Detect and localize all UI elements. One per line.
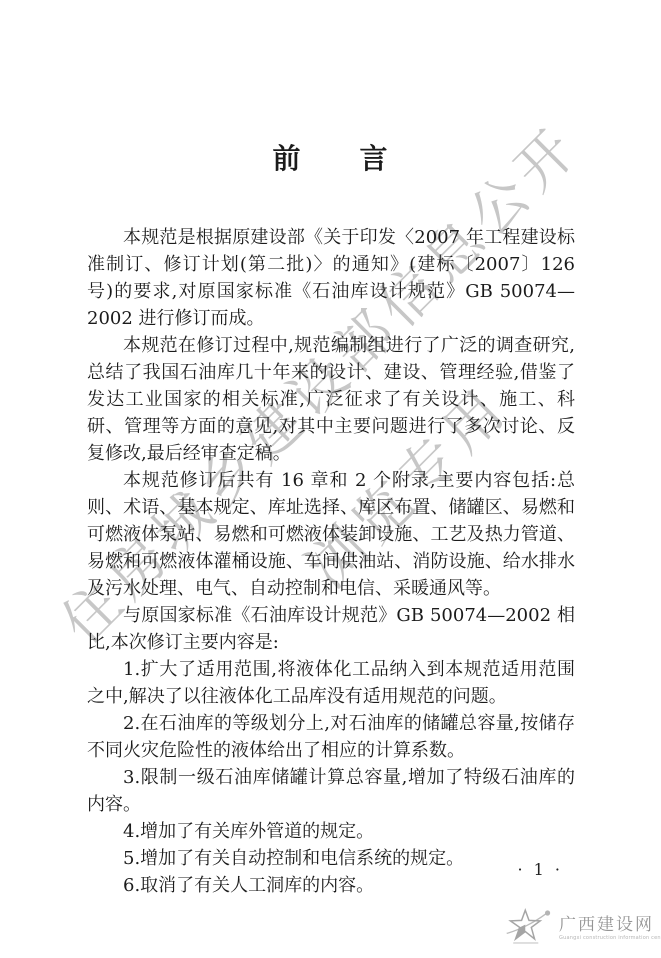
paragraph: 与原国家标准《石油库设计规范》GB 50074—2002 相比,本次修订主要内容… [87,602,575,656]
paragraph: 4.增加了有关库外管道的规定。 [87,818,575,845]
page-title: 前 言 [0,144,661,174]
footer-logo: 广西建设网 Guangxi construction information c… [503,904,655,952]
paragraph: 3.限制一级石油库储罐计算总容量,增加了特级石油库的内容。 [87,764,575,818]
logo-text-block: 广西建设网 Guangxi construction information c… [559,915,661,941]
paragraph: 本规范是根据原建设部《关于印发〈2007 年工程建设标准制订、修订计划(第二批)… [87,224,575,332]
paragraph: 本规范在修订过程中,规范编制组进行了广泛的调查研究,总结了我国石油库几十年来的设… [87,332,575,467]
document-page: 住房城乡建设部信息公开 浏览专用 前 言 本规范是根据原建设部《关于印发〈200… [0,0,661,958]
page-number: · 1 · [517,860,563,879]
paragraph: 1.扩大了适用范围,将液体化工品纳入到本规范适用范围之中,解决了以往液体化工品库… [87,656,575,710]
logo-tagline: Guangxi construction information center … [559,935,661,941]
star-logo-icon [503,904,555,952]
paragraph: 本规范修订后共有 16 章和 2 个附录,主要内容包括:总则、术语、基本规定、库… [87,467,575,602]
logo-site-name: 广西建设网 [559,915,661,935]
paragraph: 2.在石油库的等级划分上,对石油库的储罐总容量,按储存不同火灾危险性的液体给出了… [87,710,575,764]
paragraph: 6.取消了有关人工洞库的内容。 [87,872,575,899]
paragraph: 5.增加了有关自动控制和电信系统的规定。 [87,845,575,872]
document-body: 本规范是根据原建设部《关于印发〈2007 年工程建设标准制订、修订计划(第二批)… [87,224,575,899]
